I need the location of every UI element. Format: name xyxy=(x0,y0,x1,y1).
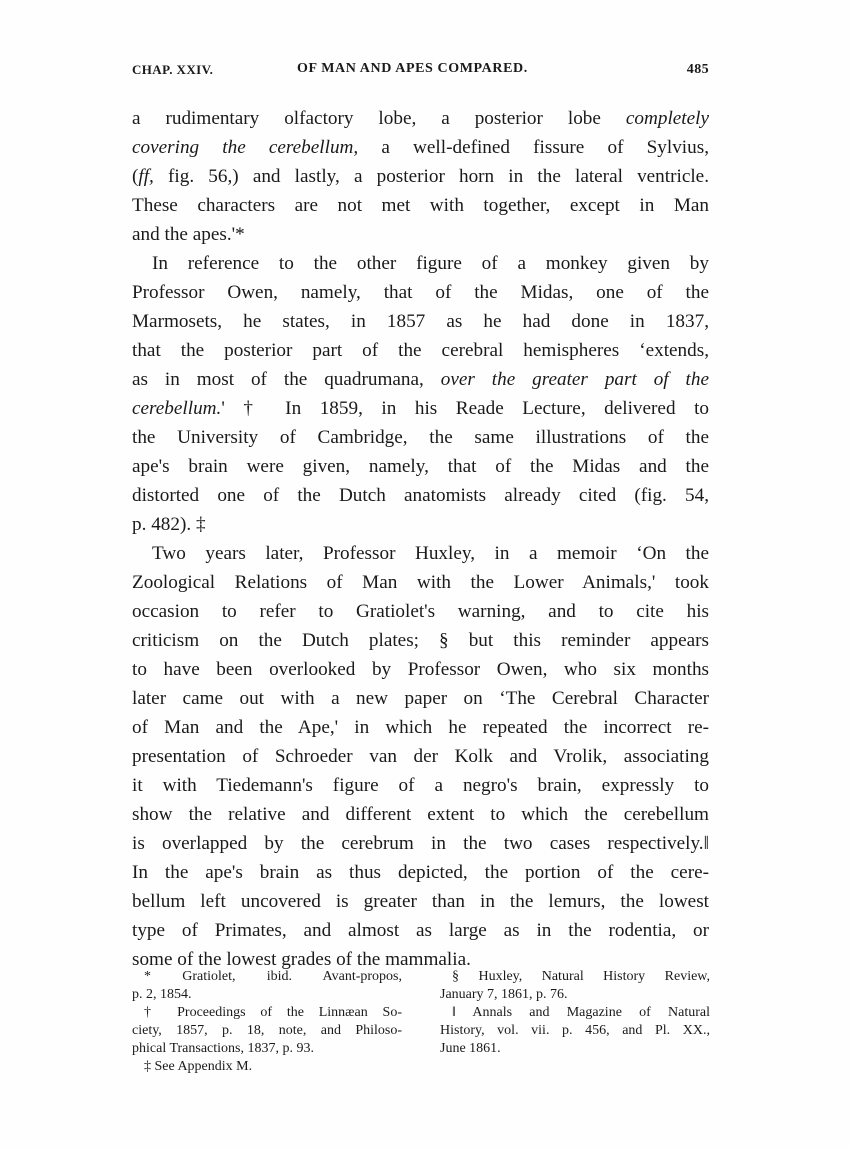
chapter-label: CHAP. XXIV. xyxy=(132,62,213,78)
body-text: a rudimentary olfactory lobe, a posterio… xyxy=(132,104,709,974)
text-line: Marmosets, he states, in 1857 as he had … xyxy=(132,307,709,336)
text-line: that the posterior part of the cerebral … xyxy=(132,336,709,365)
text-line: These characters are not met with togeth… xyxy=(132,191,709,220)
text-line: cerebellum.' † In 1859, in his Reade Lec… xyxy=(132,394,709,423)
footnote-line: ciety, 1857, p. 18, note, and Philoso- xyxy=(132,1022,402,1040)
footnote-line: History, vol. vii. p. 456, and Pl. XX., xyxy=(440,1022,710,1040)
running-header: CHAP. XXIV. OF MAN AND APES COMPARED. 48… xyxy=(132,62,709,82)
text-line: presentation of Schroeder van der Kolk a… xyxy=(132,742,709,771)
footnote-line: June 1861. xyxy=(440,1040,710,1058)
text-line: distorted one of the Dutch anatomists al… xyxy=(132,481,709,510)
text-line: Professor Owen, namely, that of the Mida… xyxy=(132,278,709,307)
paragraph-start: Two years later, Professor Huxley, in a … xyxy=(132,539,709,568)
text-line: show the relative and different extent t… xyxy=(132,800,709,829)
text-line: (ff, fig. 56,) and lastly, a posterior h… xyxy=(132,162,709,191)
text-line: ape's brain were given, namely, that of … xyxy=(132,452,709,481)
footnote-dagger: † Proceedings of the Linnæan So- xyxy=(132,1004,402,1022)
footnote-line: January 7, 1861, p. 76. xyxy=(440,986,710,1004)
paragraph-start: In reference to the other figure of a mo… xyxy=(132,249,709,278)
text-line: of Man and the Ape,' in which he repeate… xyxy=(132,713,709,742)
text-line: to have been overlooked by Professor Owe… xyxy=(132,655,709,684)
text-line: as in most of the quadrumana, over the g… xyxy=(132,365,709,394)
footnote-double-dagger: ‡ See Appendix M. xyxy=(132,1058,402,1076)
text-line: is overlapped by the cerebrum in the two… xyxy=(132,829,709,858)
footnote-line: phical Transactions, 1837, p. 93. xyxy=(132,1040,402,1058)
text-line: later came out with a new paper on ‘The … xyxy=(132,684,709,713)
text-line: criticism on the Dutch plates; § but thi… xyxy=(132,626,709,655)
book-page: CHAP. XXIV. OF MAN AND APES COMPARED. 48… xyxy=(0,0,850,1150)
page-number: 485 xyxy=(687,62,709,78)
text-line: occasion to refer to Gratiolet's warning… xyxy=(132,597,709,626)
text-line: Zoological Relations of Man with the Low… xyxy=(132,568,709,597)
footnote-section: § Huxley, Natural History Review, xyxy=(440,968,710,986)
text-line: a rudimentary olfactory lobe, a posterio… xyxy=(132,104,709,133)
text-line: In the ape's brain as thus depicted, the… xyxy=(132,858,709,887)
running-title: OF MAN AND APES COMPARED. xyxy=(297,61,528,77)
text-line: covering the cerebellum, a well-defined … xyxy=(132,133,709,162)
text-line: type of Primates, and almost as large as… xyxy=(132,916,709,945)
text-line: the University of Cambridge, the same il… xyxy=(132,423,709,452)
text-line: bellum left uncovered is greater than in… xyxy=(132,887,709,916)
footnotes-left-column: * Gratiolet, ibid. Avant-propos, p. 2, 1… xyxy=(132,968,402,1076)
footnote-asterisk: * Gratiolet, ibid. Avant-propos, xyxy=(132,968,402,986)
text-line: p. 482). ‡ xyxy=(132,510,709,539)
text-line: and the apes.'* xyxy=(132,220,709,249)
text-line: it with Tiedemann's figure of a negro's … xyxy=(132,771,709,800)
footnotes-right-column: § Huxley, Natural History Review, Januar… xyxy=(440,968,710,1058)
footnote-parallel: ‖ Annals and Magazine of Natural xyxy=(440,1004,710,1022)
footnote-line: p. 2, 1854. xyxy=(132,986,402,1004)
